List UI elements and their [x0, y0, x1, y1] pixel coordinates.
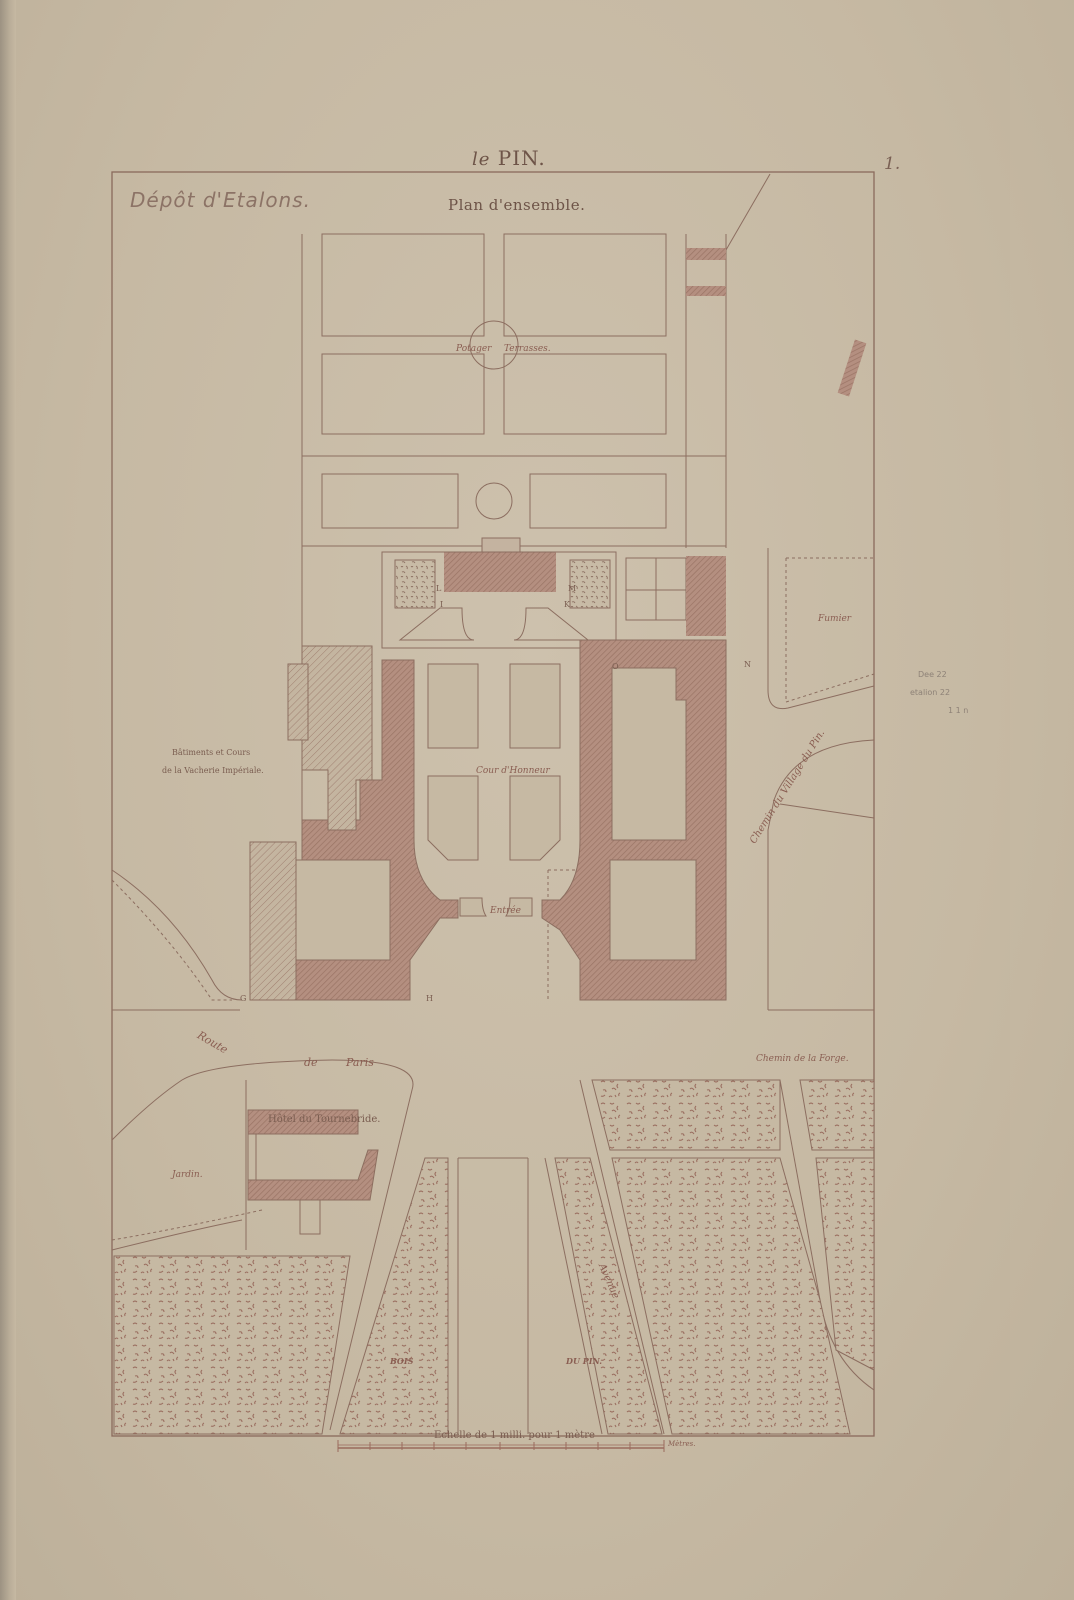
section-mark-h: H	[426, 994, 433, 1003]
label-cour-honneur: Cour d'Honneur	[476, 766, 550, 776]
label-potager: Potager	[456, 344, 491, 354]
label-bois: BOIS	[390, 1356, 413, 1366]
label-jardin: Jardin.	[172, 1170, 203, 1180]
label-entree: Entrée	[490, 906, 521, 916]
section-mark-o: O	[612, 662, 619, 671]
plan-title: Plan d'ensemble.	[448, 196, 585, 214]
section-mark-n: N	[744, 660, 751, 669]
section-mark-l: L	[436, 584, 441, 593]
margin-note-1: Dee 22	[918, 670, 947, 679]
section-mark-k: K	[564, 600, 570, 609]
label-terrasses: Terrasses.	[504, 344, 551, 354]
plate-number: 1.	[884, 154, 900, 174]
section-mark-g: G	[240, 994, 246, 1003]
label-batiments-2: de la Vacherie Impériale.	[162, 766, 264, 775]
label-de: de	[304, 1056, 318, 1069]
scale-caption: Echelle de 1 milli. pour 1 mètre	[434, 1430, 595, 1441]
section-mark-m: M	[568, 584, 576, 593]
section-mark-i: I	[440, 600, 443, 609]
scale-unit: Mètres.	[668, 1440, 695, 1448]
label-chemin-forge: Chemin de la Forge.	[756, 1054, 849, 1064]
margin-note-3: 1 1 n	[948, 706, 968, 715]
label-hotel: Hôtel du Tournebride.	[268, 1114, 380, 1125]
place-title-prefix: le	[472, 149, 490, 170]
series-title: Dépôt d'Etalons.	[130, 188, 311, 212]
label-fumier: Fumier	[818, 614, 851, 624]
label-paris: Paris	[346, 1056, 374, 1069]
place-title-main: PIN.	[498, 146, 546, 170]
margin-note-2: etalion 22	[910, 688, 950, 697]
place-title: le PIN.	[472, 146, 546, 170]
site-plan-drawing	[0, 0, 1074, 1600]
label-batiments-1: Bâtiments et Cours	[172, 748, 250, 757]
label-du-pin: DU PIN.	[566, 1356, 602, 1366]
